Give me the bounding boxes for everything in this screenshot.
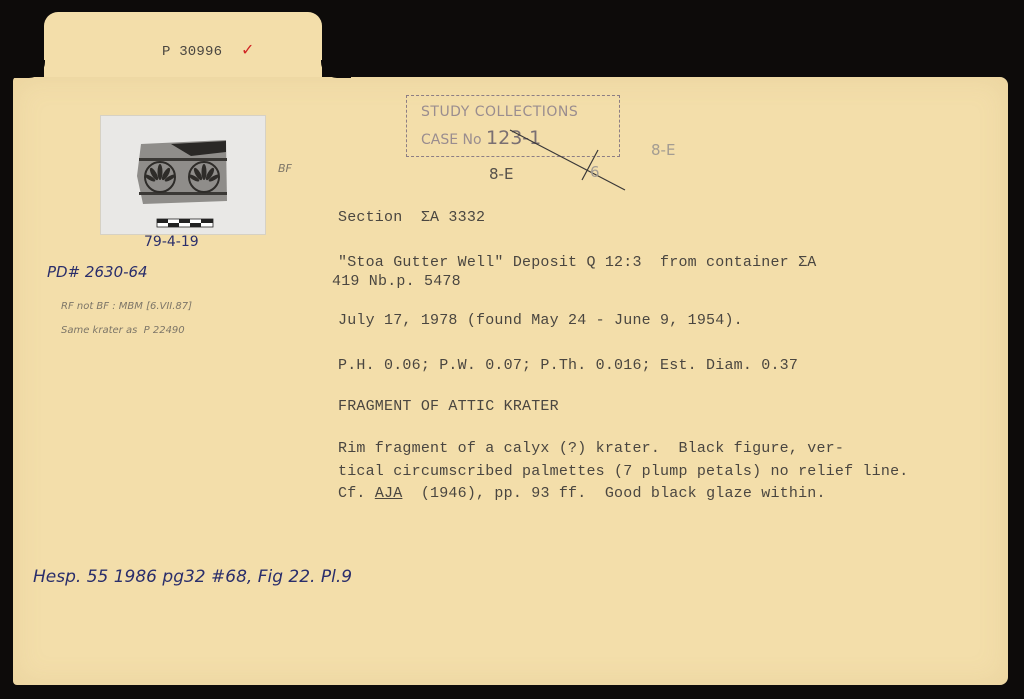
bf-note: BF [278,162,292,175]
reference-suffix: (1946), pp. 93 ff. Good black glaze with… [402,485,825,502]
cf-prefix: Cf. [338,485,375,502]
fragment-photo [100,115,266,235]
object-title: FRAGMENT OF ATTIC KRATER [338,398,559,415]
stamp-case-label: CASE No [421,132,482,148]
bibliography-note: Hesp. 55 1986 pg32 #68, Fig 22. Pl.9 [33,567,352,587]
description-line-2: tical circumscribed palmettes (7 plump p… [338,463,909,480]
photo-caption: 79-4-19 [144,234,199,250]
pencil-note-2: Same krater as P 22490 [61,325,185,336]
case-location-below: 8-E [489,165,513,183]
krater-fragment-icon [101,116,265,234]
description-line-1: Rim fragment of a calyx (?) krater. Blac… [338,440,844,457]
tab-notch-right [321,60,351,78]
stamp-title: STUDY COLLECTIONS [421,104,578,120]
strike-through-icon [500,125,630,195]
scale-bar-icon [157,219,213,227]
dimensions-line: P.H. 0.06; P.W. 0.07; P.Th. 0.016; Est. … [338,357,798,374]
description-line-3: Cf. AJA (1946), pp. 93 ff. Good black gl… [338,485,826,502]
struck-correction: 6 [590,163,600,181]
date-line: July 17, 1978 (found May 24 - June 9, 19… [338,312,743,329]
inventory-number: P 30996 [162,44,222,60]
deposit-line-2: 419 Nb.p. 5478 [332,273,461,290]
tab-notch-left [13,60,45,78]
pd-number-note: PD# 2630-64 [47,263,148,281]
journal-abbrev: AJA [375,485,403,502]
check-mark-icon: ✓ [241,40,254,59]
deposit-line-1: "Stoa Gutter Well" Deposit Q 12:3 from c… [338,254,816,271]
pencil-note-1: RF not BF : MBM [6.VII.87] [61,301,192,312]
section-line: Section ΣA 3332 [338,209,485,226]
case-location-side: 8-E [651,141,675,159]
